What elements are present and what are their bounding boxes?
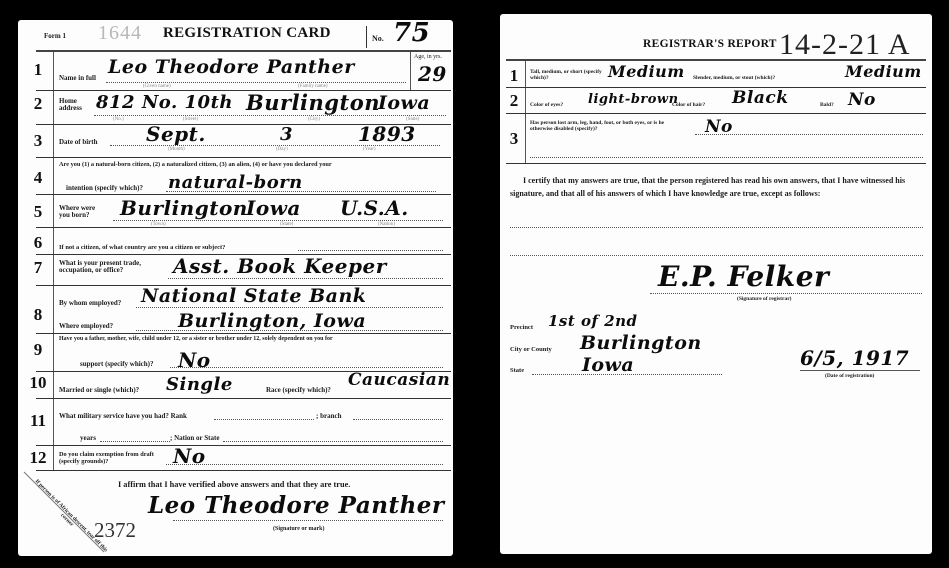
- dependents-question-cont: support (specify which)?: [80, 360, 154, 368]
- card-number: 75: [393, 18, 430, 48]
- employer-value: National State Bank: [141, 285, 366, 307]
- registrar-caption: (Signature of registrar): [737, 296, 791, 302]
- serial-stamp: 1644: [98, 22, 142, 45]
- nation-state-label: ; Nation or State: [170, 434, 219, 442]
- fill-line: [298, 250, 443, 251]
- fill-line: [166, 464, 443, 465]
- row-number: 7: [27, 258, 49, 278]
- fill-line: [106, 82, 406, 83]
- registrant-signature: Leo Theodore Panther: [148, 492, 445, 519]
- fill-line: [695, 134, 923, 135]
- fill-line: [166, 191, 436, 192]
- city-county-value: Burlington: [580, 332, 702, 354]
- bald-label: Bald?: [820, 102, 834, 108]
- disability-label: Has person lost arm, leg, hand, foot, or…: [530, 120, 685, 132]
- fill-line: [530, 157, 923, 158]
- birth-nation-value: U.S.A.: [340, 196, 409, 220]
- birthplace-label: Where were you born?: [59, 205, 99, 219]
- row-number: 1: [503, 66, 525, 86]
- address-state-value: Iowa: [378, 92, 430, 114]
- address-street-value: 812 No. 10th: [96, 92, 233, 113]
- row-rule: [36, 194, 451, 195]
- row-rule: [506, 163, 926, 164]
- fill-line: [100, 441, 170, 442]
- affirmation-text: I affirm that I have verified above answ…: [118, 480, 350, 489]
- row-number: 6: [27, 233, 49, 253]
- employer-label: By whom employed?: [59, 299, 121, 307]
- form-label: Form 1: [44, 32, 66, 40]
- row-rule: [36, 445, 451, 446]
- address-city-value: Burlington: [246, 90, 380, 115]
- row-rule: [506, 87, 926, 88]
- row-rule: [506, 113, 926, 114]
- card-title: REGISTRATION CARD: [163, 25, 331, 42]
- row-number: 3: [503, 129, 525, 149]
- fill-line: [136, 330, 443, 331]
- birth-state-value: Iowa: [246, 196, 301, 220]
- registration-date: 6/5, 1917: [800, 346, 909, 370]
- hair-color-label: Color of hair?: [672, 102, 705, 108]
- age-divider: [410, 52, 411, 90]
- row-rule: [36, 157, 451, 158]
- exemption-label: Do you claim exemption from draft (speci…: [59, 451, 154, 465]
- row-number: 4: [27, 168, 49, 188]
- citizenship-question-cont: intention (specify which)?: [66, 184, 143, 192]
- row-number: 11: [27, 411, 49, 431]
- registration-card-back: REGISTRAR'S REPORT 14-2-21 A 1 Tall, med…: [500, 14, 932, 554]
- hair-color-value: Black: [732, 88, 788, 108]
- row-number: 10: [27, 373, 49, 393]
- state-value: Iowa: [582, 354, 634, 376]
- city-county-label: City or County: [510, 346, 552, 353]
- age-label: Age, in yrs.: [414, 54, 442, 60]
- fill-line: [168, 278, 443, 279]
- dob-day: 3: [280, 124, 293, 145]
- signature-line: [173, 520, 443, 521]
- race-value: Caucasian: [348, 370, 450, 390]
- state-label: State: [510, 367, 524, 374]
- caption-no: (No.): [113, 117, 124, 122]
- fill-line: [214, 419, 314, 420]
- row-rule: [36, 333, 451, 334]
- fill-line: [113, 220, 443, 221]
- rule: [506, 59, 926, 61]
- fill-line: [223, 441, 443, 442]
- fill-line: [510, 255, 923, 256]
- name-value: Leo Theodore Panther: [108, 56, 355, 78]
- row-number: 2: [503, 91, 525, 111]
- dob-year: 1893: [358, 122, 416, 146]
- fill-line: [136, 307, 443, 308]
- no-label: No.: [372, 34, 384, 43]
- row-number: 1: [27, 60, 49, 80]
- citizenship-question: Are you (1) a natural-born citizen, (2) …: [59, 161, 332, 168]
- registration-card-front: Form 1 1644 REGISTRATION CARD No. 75 1 N…: [18, 20, 453, 556]
- caption-day: (Day): [276, 147, 288, 152]
- years-label: years: [80, 434, 96, 442]
- build-label: Slender, medium, or stout (which)?: [693, 75, 775, 81]
- home-address-label: Home address: [59, 98, 89, 112]
- divider: [366, 26, 367, 48]
- caption-year: (Year): [363, 147, 376, 152]
- column-rule: [53, 52, 54, 470]
- bald-value: No: [848, 90, 876, 110]
- date-line: [800, 370, 920, 371]
- certification-text: I certify that my answers are true, that…: [510, 174, 922, 200]
- citizenship-value: natural-born: [168, 172, 303, 193]
- fill-line: [94, 115, 446, 116]
- precinct-value: 1st of 2nd: [548, 312, 638, 330]
- caption-city: (City): [308, 117, 320, 122]
- rule: [36, 50, 451, 52]
- fill-line: [353, 419, 443, 420]
- height-value: Medium: [608, 62, 685, 81]
- occupation-label: What is your present trade, occupation, …: [59, 260, 154, 274]
- birth-town-value: Burlington: [120, 196, 248, 220]
- date-caption: (Date of registration): [825, 373, 874, 379]
- row-number: 5: [27, 202, 49, 222]
- row-rule: [36, 398, 451, 399]
- row-number: 3: [27, 131, 49, 151]
- registrar-stamp: 14-2-21 A: [779, 28, 911, 62]
- fill-line: [170, 367, 443, 368]
- race-label: Race (specify which)?: [266, 386, 331, 394]
- caption-month: (Month): [168, 147, 185, 152]
- dob-label: Date of birth: [59, 138, 98, 146]
- dob-month: Sept.: [146, 122, 206, 146]
- signature-line: [650, 293, 922, 294]
- employment-place-label: Where employed?: [59, 322, 113, 330]
- registrar-signature: E.P. Felker: [658, 260, 829, 293]
- marital-status-label: Married or single (which)?: [59, 386, 139, 394]
- name-label: Name in full: [59, 74, 96, 82]
- row-number: 2: [27, 94, 49, 114]
- employment-place-value: Burlington, Iowa: [178, 310, 366, 332]
- row-rule: [36, 90, 451, 91]
- row-number: 9: [27, 340, 49, 360]
- build-value: Medium: [845, 62, 922, 81]
- family-name-caption: (Family name): [298, 84, 328, 89]
- signature-caption: (Signature or mark): [273, 526, 324, 532]
- row-number: 12: [27, 448, 49, 468]
- height-label: Tall, medium, or short (specify which)?: [530, 69, 605, 81]
- occupation-value: Asst. Book Keeper: [173, 254, 387, 278]
- row-number: 8: [27, 305, 49, 325]
- precinct-label: Precinct: [510, 324, 533, 331]
- given-name-caption: (Given name): [143, 84, 171, 89]
- dependents-value: No: [178, 348, 211, 372]
- row-rule: [36, 227, 451, 228]
- foreign-citizenship-label: If not a citizen, of what country are yo…: [59, 244, 225, 251]
- eye-color-label: Color of eyes?: [530, 102, 563, 108]
- age-value: 29: [418, 62, 447, 86]
- report-title: REGISTRAR'S REPORT: [643, 38, 777, 50]
- dependents-question: Have you a father, mother, wife, child u…: [59, 336, 333, 342]
- marital-status-value: Single: [166, 374, 233, 395]
- branch-label: ; branch: [316, 412, 341, 420]
- fill-line: [110, 145, 440, 146]
- military-service-label: What military service have you had? Rank: [59, 412, 187, 420]
- fill-line: [510, 227, 923, 228]
- eye-color-value: light-brown: [588, 92, 679, 107]
